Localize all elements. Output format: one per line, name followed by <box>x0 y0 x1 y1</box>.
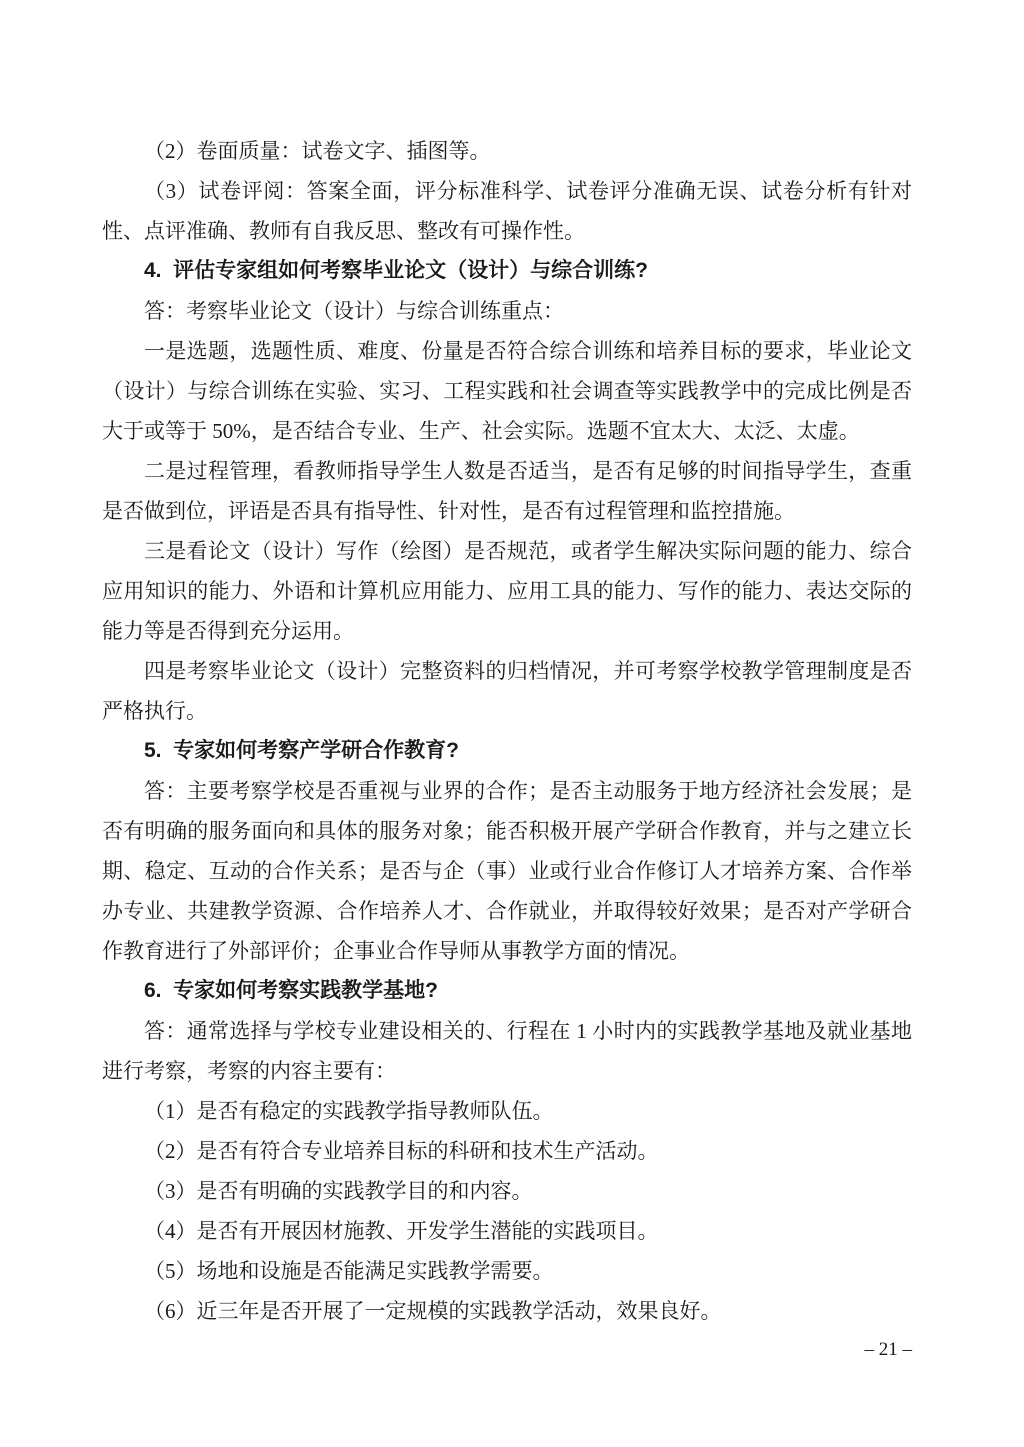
answer-4-point-3: 三是看论文（设计）写作（绘图）是否规范，或者学生解决实际问题的能力、综合应用知识… <box>102 531 912 651</box>
list-item-3-paper-review: （3）试卷评阅：答案全面，评分标准科学、试卷评分准确无误、试卷分析有针对性、点评… <box>102 171 912 251</box>
answer-4-point-1: 一是选题，选题性质、难度、份量是否符合综合训练和培养目标的要求，毕业论文（设计）… <box>102 331 912 451</box>
question-4-heading: 4. 评估专家组如何考察毕业论文（设计）与综合训练? <box>102 251 912 291</box>
list-item-2-paper-quality: （2）卷面质量：试卷文字、插图等。 <box>102 131 912 171</box>
page-number: – 21 – <box>102 1338 912 1362</box>
answer-6-item-1: （1）是否有稳定的实践教学指导教师队伍。 <box>102 1091 912 1131</box>
answer-6-item-4: （4）是否有开展因材施教、开发学生潜能的实践项目。 <box>102 1211 912 1251</box>
question-5-heading: 5. 专家如何考察产学研合作教育? <box>102 731 912 771</box>
answer-6-item-5: （5）场地和设施是否能满足实践教学需要。 <box>102 1251 912 1291</box>
answer-4-intro: 答：考察毕业论文（设计）与综合训练重点： <box>102 291 912 331</box>
answer-6-item-3: （3）是否有明确的实践教学目的和内容。 <box>102 1171 912 1211</box>
answer-6-item-2: （2）是否有符合专业培养目标的科研和技术生产活动。 <box>102 1131 912 1171</box>
question-6-heading: 6. 专家如何考察实践教学基地? <box>102 971 912 1011</box>
document-body: （2）卷面质量：试卷文字、插图等。 （3）试卷评阅：答案全面，评分标准科学、试卷… <box>102 131 912 1331</box>
answer-5: 答：主要考察学校是否重视与业界的合作；是否主动服务于地方经济社会发展；是否有明确… <box>102 771 912 971</box>
answer-4-point-2: 二是过程管理，看教师指导学生人数是否适当，是否有足够的时间指导学生，查重是否做到… <box>102 451 912 531</box>
answer-6-item-6: （6）近三年是否开展了一定规模的实践教学活动，效果良好。 <box>102 1291 912 1331</box>
document-page: （2）卷面质量：试卷文字、插图等。 （3）试卷评阅：答案全面，评分标准科学、试卷… <box>0 0 1024 1447</box>
answer-4-point-4: 四是考察毕业论文（设计）完整资料的归档情况，并可考察学校教学管理制度是否严格执行… <box>102 651 912 731</box>
answer-6-intro: 答：通常选择与学校专业建设相关的、行程在 1 小时内的实践教学基地及就业基地进行… <box>102 1011 912 1091</box>
